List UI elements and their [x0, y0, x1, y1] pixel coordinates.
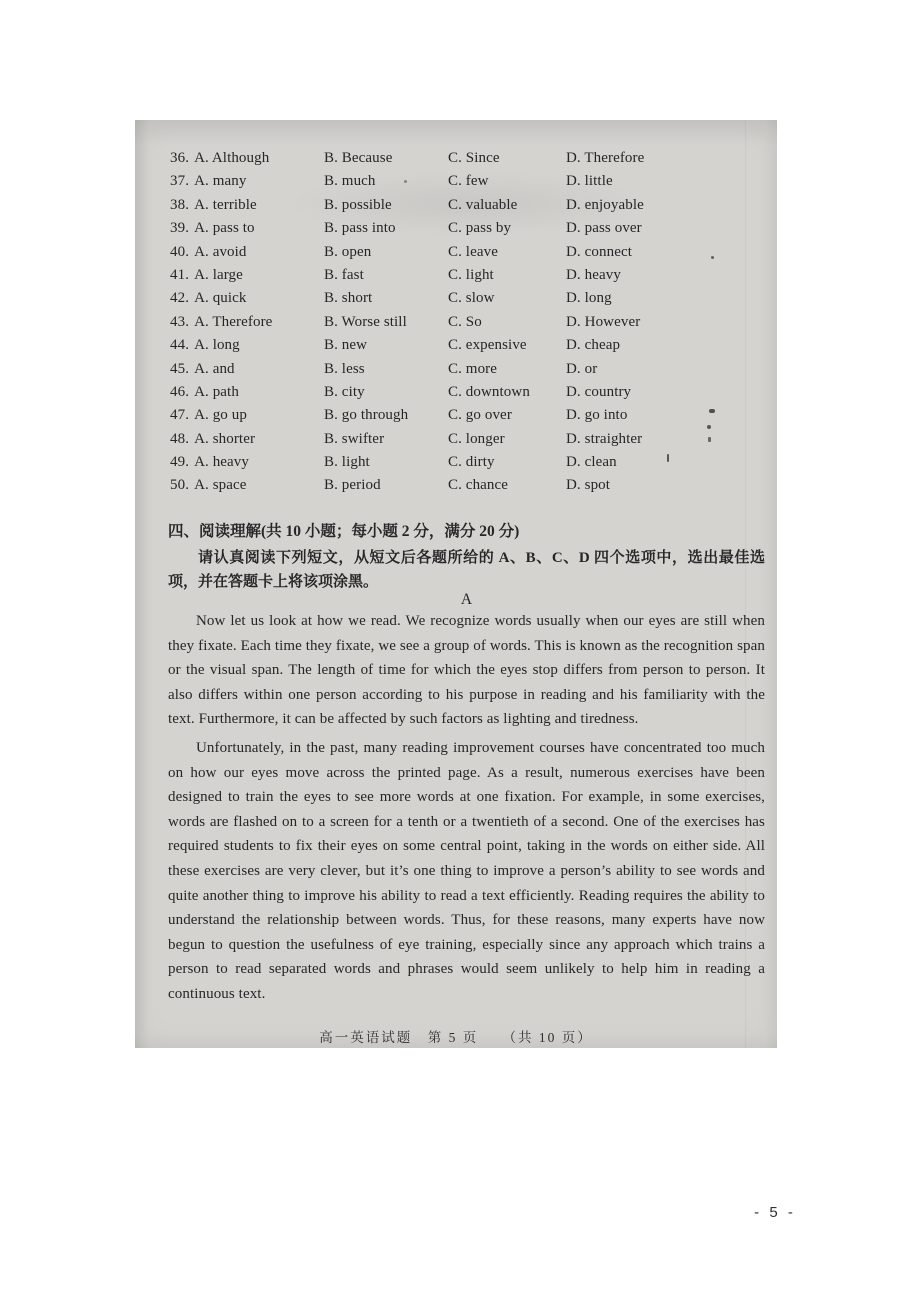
section-instructions: 请认真阅读下列短文，从短文后各题所给的 A、B、C、D 四个选项中，选出最佳选项… — [168, 547, 765, 594]
question-number: 43. — [170, 314, 189, 330]
question-number: 49. — [170, 454, 189, 470]
option-d: D. straighter — [566, 428, 767, 451]
option-a: A. path — [194, 384, 239, 400]
option-a: A. heavy — [194, 454, 249, 470]
option-b: B. fast — [324, 264, 448, 287]
option-c: C. dirty — [448, 451, 566, 474]
option-a: A. many — [194, 173, 246, 189]
option-row: 48.A. shorter B. swifter C. longer D. st… — [170, 428, 767, 451]
option-d: D. clean — [566, 451, 767, 474]
option-d: D. Therefore — [566, 147, 767, 170]
option-b: B. go through — [324, 404, 448, 427]
question-number: 42. — [170, 290, 189, 306]
option-d: D. heavy — [566, 264, 767, 287]
option-b: B. open — [324, 241, 448, 264]
option-a: A. shorter — [194, 431, 255, 447]
option-a: A. go up — [194, 407, 247, 423]
option-d: D. or — [566, 358, 767, 381]
option-row: 50.A. space B. period C. chance D. spot — [170, 474, 767, 497]
option-b: B. swifter — [324, 428, 448, 451]
option-row: 43.A. Therefore B. Worse still C. So D. … — [170, 311, 767, 334]
option-c: C. longer — [448, 428, 566, 451]
option-b: B. possible — [324, 194, 448, 217]
option-d: D. However — [566, 311, 767, 334]
scanned-exam-page: 36.A. Although B. Because C. Since D. Th… — [135, 120, 777, 1048]
question-number: 38. — [170, 197, 189, 213]
option-b: B. new — [324, 334, 448, 357]
question-number: 46. — [170, 384, 189, 400]
option-c: C. light — [448, 264, 566, 287]
page-number: - 5 - — [742, 1204, 808, 1221]
option-a: A. avoid — [194, 244, 246, 260]
question-number: 45. — [170, 361, 189, 377]
option-row: 41.A. large B. fast C. light D. heavy — [170, 264, 767, 287]
option-d: D. country — [566, 381, 767, 404]
option-a: A. long — [194, 337, 240, 353]
option-d: D. enjoyable — [566, 194, 767, 217]
option-row: 39.A. pass to B. pass into C. pass by D.… — [170, 217, 767, 240]
option-d: D. cheap — [566, 334, 767, 357]
section-heading: 四、阅读理解(共 10 小题；每小题 2 分，满分 20 分) — [168, 521, 765, 543]
option-row: 49.A. heavy B. light C. dirty D. clean — [170, 451, 767, 474]
question-number: 40. — [170, 244, 189, 260]
option-c: C. pass by — [448, 217, 566, 240]
option-row: 44.A. long B. new C. expensive D. cheap — [170, 334, 767, 357]
option-c: C. So — [448, 311, 566, 334]
question-number: 39. — [170, 220, 189, 236]
option-b: B. short — [324, 287, 448, 310]
option-b: B. city — [324, 381, 448, 404]
option-b: B. light — [324, 451, 448, 474]
option-c: C. downtown — [448, 381, 566, 404]
passage-paragraph-2: Unfortunately, in the past, many reading… — [168, 736, 765, 1007]
option-a: A. pass to — [194, 220, 255, 236]
option-a: A. large — [194, 267, 243, 283]
option-c: C. slow — [448, 287, 566, 310]
option-c: C. leave — [448, 241, 566, 264]
option-row: 36.A. Although B. Because C. Since D. Th… — [170, 147, 767, 170]
option-a: A. Therefore — [194, 314, 272, 330]
cloze-options-table: 36.A. Although B. Because C. Since D. Th… — [170, 147, 767, 498]
question-number: 36. — [170, 150, 189, 166]
option-d: D. little — [566, 170, 767, 193]
option-c: C. expensive — [448, 334, 566, 357]
option-row: 47.A. go up B. go through C. go over D. … — [170, 404, 767, 427]
question-number: 41. — [170, 267, 189, 283]
question-number: 48. — [170, 431, 189, 447]
option-row: 38.A. terrible B. possible C. valuable D… — [170, 194, 767, 217]
option-d: D. long — [566, 287, 767, 310]
option-d: D. connect — [566, 241, 767, 264]
option-c: C. chance — [448, 474, 566, 497]
exam-page-footer: 高一英语试题 第 5 页 （共 10 页） — [135, 1026, 777, 1046]
question-number: 50. — [170, 477, 189, 493]
option-c: C. valuable — [448, 194, 566, 217]
option-row: 42.A. quick B. short C. slow D. long — [170, 287, 767, 310]
passage-label-a: A — [168, 591, 765, 609]
screenshot-root: { "colors": { "paper_scan": "#d5d3d0", "… — [0, 0, 920, 1302]
option-b: B. Because — [324, 147, 448, 170]
option-a: A. quick — [194, 290, 246, 306]
option-a: A. space — [194, 477, 246, 493]
option-b: B. period — [324, 474, 448, 497]
option-row: 37.A. many B. much C. few D. little — [170, 170, 767, 193]
question-number: 37. — [170, 173, 189, 189]
option-c: C. Since — [448, 147, 566, 170]
option-c: C. go over — [448, 404, 566, 427]
option-row: 40.A. avoid B. open C. leave D. connect — [170, 241, 767, 264]
option-c: C. more — [448, 358, 566, 381]
option-d: D. spot — [566, 474, 767, 497]
question-number: 47. — [170, 407, 189, 423]
option-b: B. much — [324, 170, 448, 193]
option-a: A. terrible — [194, 197, 257, 213]
option-b: B. Worse still — [324, 311, 448, 334]
option-b: B. pass into — [324, 217, 448, 240]
option-row: 46.A. path B. city C. downtown D. countr… — [170, 381, 767, 404]
option-a: A. and — [194, 361, 235, 377]
question-number: 44. — [170, 337, 189, 353]
passage-paragraph-1: Now let us look at how we read. We recog… — [168, 609, 765, 732]
option-b: B. less — [324, 358, 448, 381]
option-a: A. Although — [194, 150, 269, 166]
option-c: C. few — [448, 170, 566, 193]
option-d: D. go into — [566, 404, 767, 427]
option-d: D. pass over — [566, 217, 767, 240]
option-row: 45.A. and B. less C. more D. or — [170, 358, 767, 381]
